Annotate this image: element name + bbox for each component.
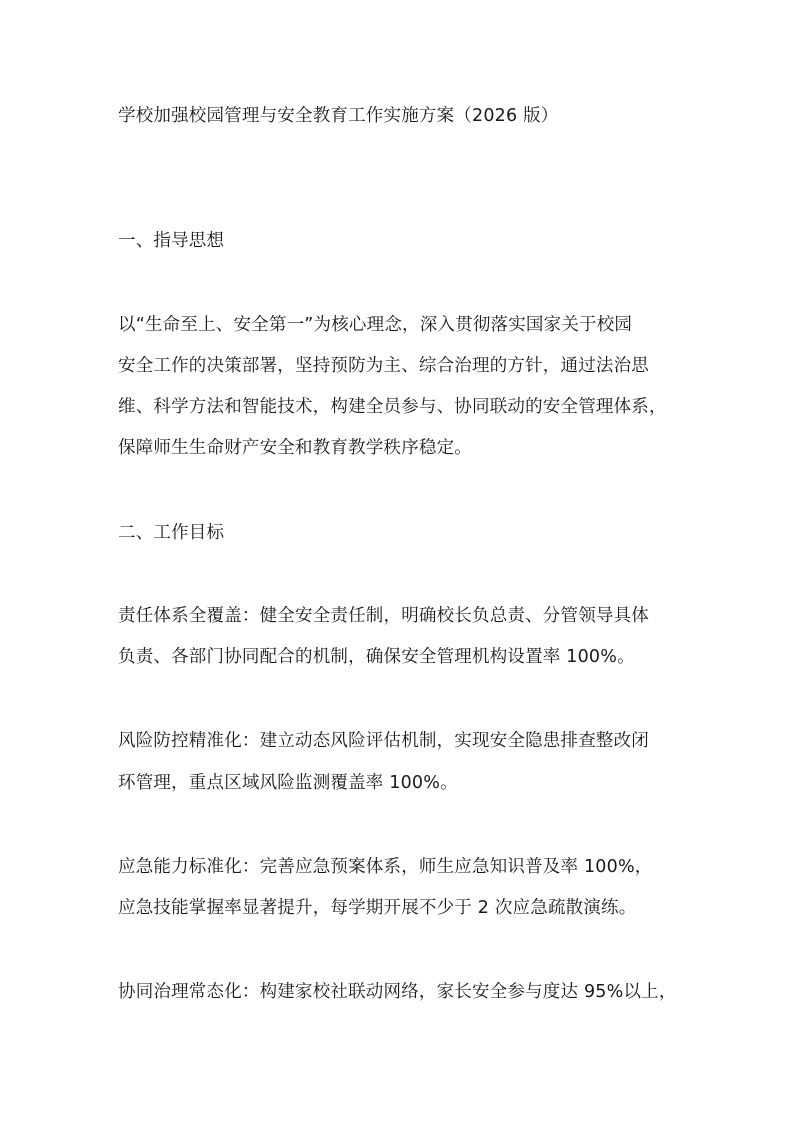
paragraph-line: 环管理，重点区域风险监测覆盖率 100%。 — [118, 771, 458, 795]
paragraph-line: 协同治理常态化：构建家校社联动网络，家长安全参与度达 95%以上， — [118, 980, 677, 1004]
document-page: 学校加强校园管理与安全教育工作实施方案（2026 版） 一、指导思想 以“生命至… — [0, 0, 793, 1122]
paragraph-line: 应急技能掌握率显著提升，每学期开展不少于 2 次应急疏散演练。 — [118, 896, 636, 920]
paragraph-line: 负责、各部门协同配合的机制，确保安全管理机构设置率 100%。 — [118, 645, 635, 669]
paragraph-line: 以“生命至上、安全第一”为核心理念，深入贯彻落实国家关于校园 — [118, 313, 632, 337]
paragraph-line: 维、科学方法和智能技术，构建全员参与、协同联动的安全管理体系， — [118, 395, 667, 419]
paragraph-line: 责任体系全覆盖：健全安全责任制，明确校长负总责、分管领导具体 — [118, 604, 649, 628]
paragraph-line: 保障师生生命财产安全和教育教学秩序稳定。 — [118, 436, 472, 460]
section-heading-guiding-ideology: 一、指导思想 — [118, 229, 224, 253]
paragraph-line: 应急能力标准化：完善应急预案体系，师生应急知识普及率 100%， — [118, 855, 653, 879]
document-title: 学校加强校园管理与安全教育工作实施方案（2026 版） — [118, 104, 559, 128]
section-heading-work-goals: 二、工作目标 — [118, 521, 224, 545]
paragraph-line: 安全工作的决策部署，坚持预防为主、综合治理的方针，通过法治思 — [118, 354, 649, 378]
paragraph-line: 风险防控精准化：建立动态风险评估机制，实现安全隐患排查整改闭 — [118, 729, 649, 753]
